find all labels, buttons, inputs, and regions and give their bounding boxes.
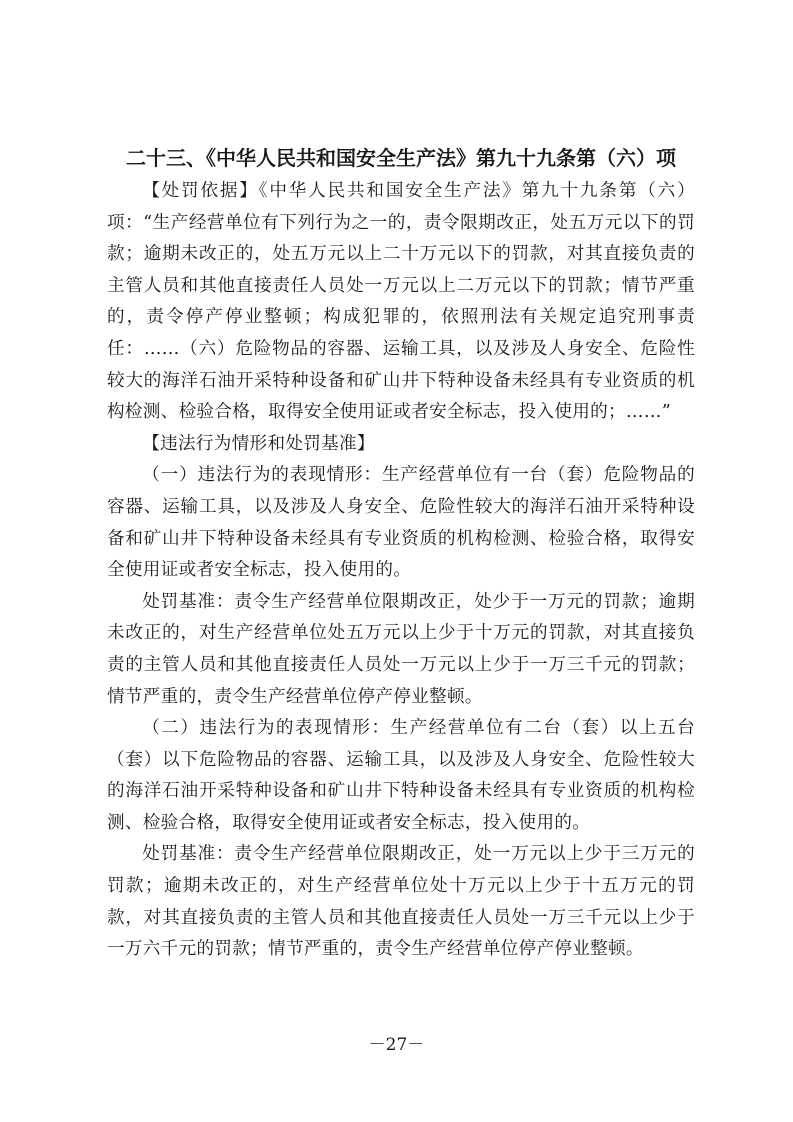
case-two-paragraph: （二）违法行为的表现情形：生产经营单位有二台（套）以上五台（套）以下危险物品的容… xyxy=(107,713,695,839)
violation-section-heading: 【违法行为情形和处罚基准】 xyxy=(107,429,695,461)
case-two-penalty-paragraph: 处罚基准：责令生产经营单位限期改正，处一万元以上少于三万元的罚款；逾期未改正的，… xyxy=(107,839,695,965)
document-page: 二十三、《中华人民共和国安全生产法》第九十九条第（六）项 【处罚依据】《中华人民… xyxy=(107,142,695,966)
penalty-basis-paragraph: 【处罚依据】《中华人民共和国安全生产法》第九十九条第（六）项：“生产经营单位有下… xyxy=(107,176,695,429)
case-one-paragraph: （一）违法行为的表现情形：生产经营单位有一台（套）危险物品的容器、运输工具，以及… xyxy=(107,460,695,586)
case-one-penalty-paragraph: 处罚基准：责令生产经营单位限期改正，处少于一万元的罚款；逾期未改正的，对生产经营… xyxy=(107,587,695,713)
page-number: －27－ xyxy=(0,1030,793,1055)
section-title: 二十三、《中华人民共和国安全生产法》第九十九条第（六）项 xyxy=(107,142,695,174)
